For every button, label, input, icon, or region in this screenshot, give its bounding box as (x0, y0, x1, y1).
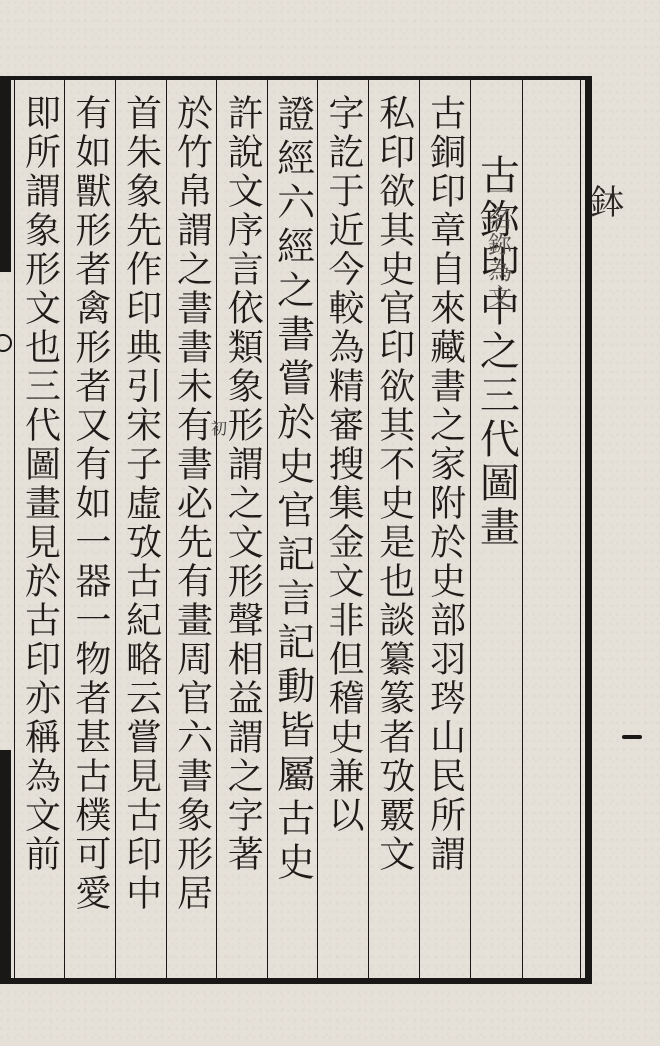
column-line-5: 許說文序言依類象形謂之文形聲相益謂之字著 (216, 80, 267, 978)
margin-annotation: 鉢 (590, 175, 624, 224)
column-text: 字訖于近今較為精審搜集金文非但稽史兼以 (325, 94, 361, 978)
column-empty-margin (522, 80, 582, 978)
column-text: 私印欲其史官印欲其不史是也談纂篆者攷覈文 (376, 94, 412, 978)
column-text: 於竹帛謂之書書未有書必先有畫周官六書象形居 (173, 94, 209, 978)
column-line-1: 古銅印章自來藏書之家附於史部羽琌山民所謂 (419, 80, 470, 978)
column-line-2: 私印欲其史官印欲其不史是也談纂篆者攷覈文 (368, 80, 419, 978)
margin-mark (622, 735, 642, 739)
interlinear-note: 一名鉨為文 (481, 180, 516, 310)
column-text: 首朱象先作印典引宋子虛攷古紀略云嘗見古印中 (123, 94, 159, 978)
manuscript-columns: 古鉨印中之三代圖畫 一名鉨為文 古銅印章自來藏書之家附於史部羽琌山民所謂 私印欲… (14, 80, 582, 978)
column-text: 古銅印章自來藏書之家附於史部羽琌山民所謂 (427, 94, 463, 978)
binding-edge-top (0, 80, 11, 272)
column-line-9: 即所謂象形文也三代圖畫見於古印亦稱為文前 (14, 80, 64, 978)
interlinear-note: 初 (207, 420, 230, 436)
column-text: 許說文序言依類象形謂之文形聲相益謂之字著 (224, 94, 260, 978)
binding-edge-bottom (0, 750, 11, 980)
column-line-4: 證經六經之書嘗於史官記言記動皆屬古史 (267, 80, 317, 978)
column-text: 即所謂象形文也三代圖畫見於古印亦稱為文前 (21, 94, 57, 978)
column-line-7: 首朱象先作印典引宋子虛攷古紀略云嘗見古印中 (115, 80, 166, 978)
column-line-6: 於竹帛謂之書書未有書必先有畫周官六書象形居 初 (166, 80, 217, 978)
column-heading: 古鉨印中之三代圖畫 一名鉨為文 (470, 80, 523, 978)
column-line-3: 字訖于近今較為精審搜集金文非但稽史兼以 (317, 80, 368, 978)
column-text: 有如獸形者禽形者又有如一器一物者甚古樸可愛 (72, 94, 108, 978)
column-line-8: 有如獸形者禽形者又有如一器一物者甚古樸可愛 (64, 80, 115, 978)
column-text: 證經六經之書嘗於史官記言記動皆屬古史 (274, 94, 312, 978)
